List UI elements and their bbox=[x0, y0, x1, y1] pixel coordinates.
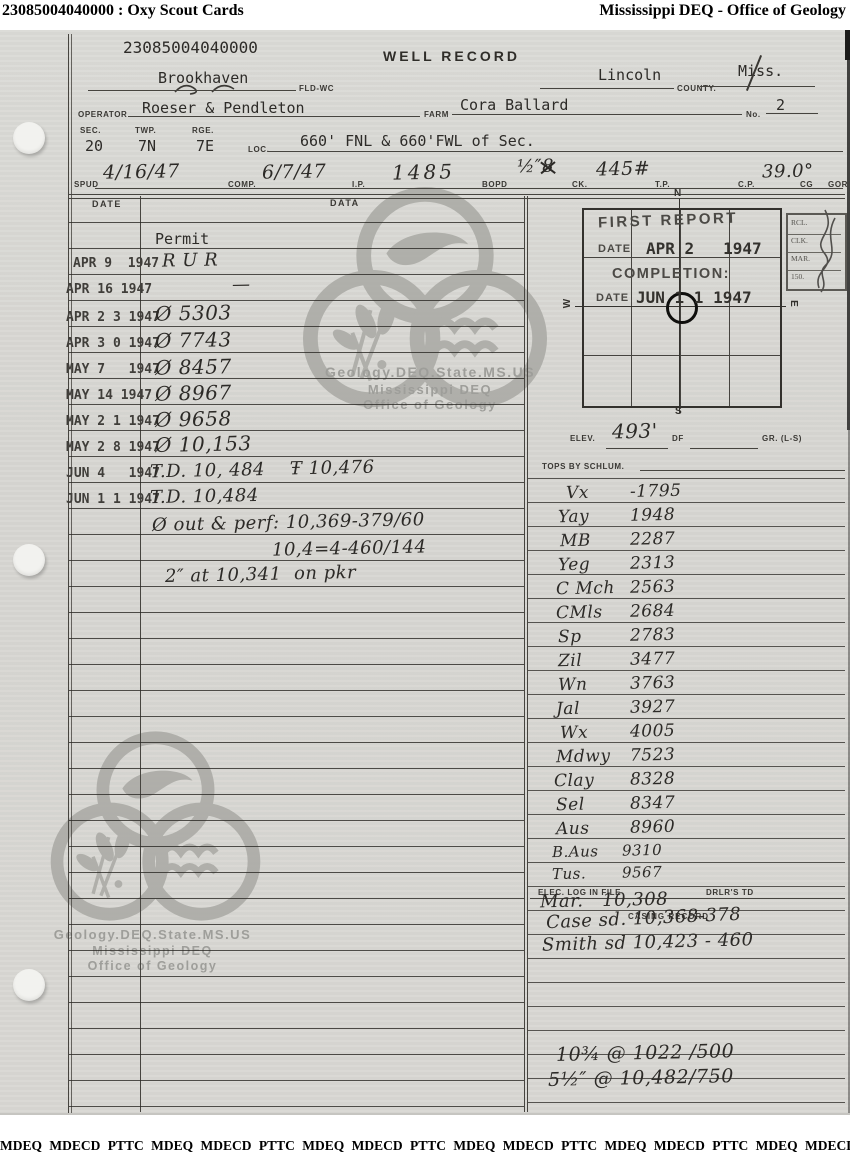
top-name: C Mch bbox=[556, 578, 630, 600]
top-depth: 2783 bbox=[630, 625, 676, 646]
top-row: Aus8960 bbox=[556, 817, 676, 839]
well-no-underline bbox=[766, 113, 818, 114]
rge-value: 7E bbox=[196, 137, 214, 155]
plat-south-label: S bbox=[675, 406, 682, 417]
loc-label: LOC. bbox=[248, 145, 270, 154]
top-row: Zil3477 bbox=[558, 649, 676, 671]
df-label: DF bbox=[672, 434, 684, 443]
twp-label: TWP. bbox=[135, 126, 156, 135]
top-name: Aus bbox=[556, 818, 630, 840]
well-api-number: 23085004040000 bbox=[123, 38, 258, 57]
ip-value: 1485 bbox=[392, 159, 455, 184]
row-data-entry: T.D. 10,484 bbox=[150, 485, 259, 508]
top-row: MB2287 bbox=[560, 529, 676, 551]
top-depth: 2684 bbox=[630, 601, 676, 622]
top-depth: 8960 bbox=[630, 817, 676, 838]
county-underline bbox=[540, 88, 674, 89]
sec-value: 20 bbox=[85, 137, 103, 155]
top-name: Zil bbox=[558, 650, 630, 672]
row-date-stamp: APR 2 3 1947 bbox=[66, 310, 160, 325]
top-name: MB bbox=[560, 530, 630, 551]
spud-underline bbox=[95, 188, 843, 189]
header-separator-1 bbox=[68, 194, 845, 195]
top-row: Jal3927 bbox=[556, 697, 676, 719]
elev-underline-1 bbox=[606, 448, 668, 449]
field-label: FLD-WC bbox=[299, 84, 334, 93]
county-value: Lincoln bbox=[598, 66, 661, 84]
top-depth: 8328 bbox=[630, 769, 676, 790]
top-name: Mdwy bbox=[556, 746, 630, 768]
header-separator-2 bbox=[68, 198, 845, 199]
first-report-date-stamp: APR 2 1947 bbox=[646, 239, 762, 258]
top-row: Yeg2313 bbox=[558, 553, 676, 575]
top-row: Wn3763 bbox=[558, 673, 676, 695]
top-depth: 2563 bbox=[630, 577, 676, 598]
first-report-date-label: DATE bbox=[598, 243, 631, 255]
top-name: Wn bbox=[558, 674, 630, 696]
row-date-stamp: APR 16 1947 bbox=[66, 282, 152, 297]
row-date-stamp: MAY 14 1947 bbox=[66, 388, 152, 403]
row-data-entry: Ø 9658 bbox=[155, 406, 232, 432]
plat-gridline bbox=[584, 355, 780, 356]
well-no-value: 2 bbox=[776, 96, 785, 114]
row-data-entry: — bbox=[232, 274, 251, 295]
plat-east-label: E bbox=[788, 300, 799, 307]
ck-value: 445# bbox=[596, 157, 651, 180]
top-name: Sp bbox=[558, 626, 630, 648]
row-date-stamp: MAY 7 1947 bbox=[66, 362, 160, 377]
top-row: CMls2684 bbox=[556, 601, 676, 623]
form-title: WELL RECORD bbox=[383, 48, 520, 64]
farm-label: FARM bbox=[424, 110, 449, 119]
date-column-header: DATE bbox=[92, 199, 122, 209]
row-date-stamp: JUN 1 1 1947 bbox=[66, 492, 160, 507]
rge-label: RGE. bbox=[192, 126, 214, 135]
top-row: Yay1948 bbox=[558, 505, 676, 527]
top-name: Jal bbox=[556, 698, 630, 720]
row-data-entry: 10,4=4-460/144 bbox=[272, 536, 427, 560]
plat-west-label: W bbox=[562, 299, 573, 308]
row-data-entry: Ø 8457 bbox=[155, 354, 232, 380]
top-row: C Mch2563 bbox=[556, 577, 676, 599]
row-date-stamp: APR 9 1947 bbox=[73, 256, 159, 271]
top-depth: -1795 bbox=[630, 481, 682, 502]
completion-date-stamp: JUN 1 1 1947 bbox=[636, 288, 752, 307]
row-data-entry: Ø 7743 bbox=[155, 327, 232, 353]
row-date-stamp: MAY 2 8 1947 bbox=[66, 440, 160, 455]
print-header-left: 23085004040000 : Oxy Scout Cards bbox=[2, 2, 244, 20]
completion-stamp: COMPLETION: bbox=[612, 266, 730, 282]
top-row: Wx4005 bbox=[560, 721, 676, 743]
permit-entry: Permit bbox=[155, 230, 209, 248]
plat-north-label: N bbox=[674, 188, 681, 199]
tops-header-underline bbox=[640, 470, 845, 471]
top-name: Clay bbox=[554, 770, 630, 792]
pen-scribble-filing-stamp bbox=[795, 208, 850, 296]
top-depth: 9567 bbox=[622, 863, 663, 882]
gr-label: GR. (L-S) bbox=[762, 434, 802, 443]
top-row: B.Aus9310 bbox=[552, 841, 663, 861]
data-column-header: DATA bbox=[330, 198, 360, 208]
comp-value: 6/7/47 bbox=[262, 160, 327, 183]
well-no-label: No. bbox=[746, 110, 761, 119]
state-underline bbox=[700, 86, 815, 87]
top-name: Tus. bbox=[552, 864, 622, 883]
row-data-entry: Ø 8967 bbox=[155, 380, 232, 406]
top-depth: 3927 bbox=[630, 697, 676, 718]
pen-squiggle-field bbox=[170, 80, 240, 96]
loc-value: 660' FNL & 660'FWL of Sec. bbox=[300, 132, 535, 150]
row-data-entry: Ø 5303 bbox=[155, 300, 232, 326]
top-row: Clay8328 bbox=[554, 769, 676, 792]
row-date-stamp: MAY 2 1 1947 bbox=[66, 414, 160, 429]
top-depth: 2287 bbox=[630, 529, 676, 550]
row-date-stamp: APR 3 0 1947 bbox=[66, 336, 160, 351]
ruled-lines-left bbox=[69, 222, 524, 1113]
top-row: Tus.9567 bbox=[552, 863, 663, 883]
bopd-value: ½″8 bbox=[517, 156, 555, 178]
completion-date-label: DATE bbox=[596, 292, 629, 304]
row-data-entry: R U R bbox=[162, 249, 219, 271]
field-underline bbox=[88, 90, 296, 91]
top-row: Sp2783 bbox=[558, 625, 676, 647]
top-depth: 1948 bbox=[630, 505, 676, 526]
state-value: Miss. bbox=[738, 62, 783, 80]
spud-value: 4/16/47 bbox=[103, 160, 180, 184]
top-depth: 8347 bbox=[630, 793, 676, 814]
operator-label: OPERATOR bbox=[78, 110, 127, 119]
top-name: B.Aus bbox=[552, 842, 622, 861]
print-header: 23085004040000 : Oxy Scout Cards Mississ… bbox=[2, 2, 846, 20]
tops-header: TOPS BY SCHLUM. bbox=[542, 462, 625, 471]
punch-hole-bottom bbox=[13, 969, 45, 1001]
bopd-struck-value: 8 bbox=[542, 156, 554, 177]
top-row: Sel8347 bbox=[556, 793, 676, 815]
top-depth: 7523 bbox=[630, 745, 676, 766]
operator-underline bbox=[128, 116, 420, 117]
plat-gridline bbox=[631, 210, 632, 406]
row-data-entry: 2″ at 10,341 on pkr bbox=[165, 562, 357, 587]
operator-value: Roeser & Pendleton bbox=[142, 99, 305, 117]
loc-underline bbox=[268, 151, 843, 152]
top-depth: 3477 bbox=[630, 649, 676, 670]
top-depth: 4005 bbox=[630, 721, 676, 742]
print-header-right: Mississippi DEQ - Office of Geology bbox=[599, 2, 846, 20]
farm-underline bbox=[452, 114, 742, 115]
elev-value: 493' bbox=[612, 419, 658, 444]
top-name: Yeg bbox=[558, 554, 630, 576]
row-date-stamp: JUN 4 1947 bbox=[66, 466, 160, 481]
casing-string-1: 10¾ @ 1022 /500 bbox=[556, 1040, 735, 1066]
elev-label: ELEV. bbox=[570, 434, 595, 443]
top-name: CMls bbox=[556, 602, 630, 624]
top-name: Sel bbox=[556, 794, 630, 816]
top-depth: 9310 bbox=[622, 841, 663, 860]
farm-value: Cora Ballard bbox=[460, 96, 568, 114]
drlr-td-label: DRLR'S TD bbox=[706, 888, 754, 897]
twp-value: 7N bbox=[138, 137, 156, 155]
elev-underline-2 bbox=[690, 448, 758, 449]
print-footer: MDEQ MDECD PTTC MDEQ MDECD PTTC MDEQ MDE… bbox=[0, 1138, 850, 1154]
punch-hole-top bbox=[13, 122, 45, 154]
top-name: Yay bbox=[558, 506, 630, 528]
top-row: Mdwy7523 bbox=[556, 745, 676, 767]
scanned-well-record-page: 23085004040000 : Oxy Scout Cards Mississ… bbox=[0, 0, 850, 1160]
top-depth: 2313 bbox=[630, 553, 676, 574]
row-data-entry: Ø 10,153 bbox=[155, 431, 252, 457]
top-name: Vx bbox=[566, 482, 630, 503]
column-divider-outer bbox=[524, 196, 525, 1112]
top-name: Wx bbox=[560, 722, 630, 743]
punch-hole-middle bbox=[13, 544, 45, 576]
top-depth: 3763 bbox=[630, 673, 676, 694]
top-row: Vx-1795 bbox=[566, 481, 682, 503]
bopd-fraction: ½″ bbox=[517, 156, 543, 178]
sec-label: SEC. bbox=[80, 126, 101, 135]
casing-string-2: 5½″ @ 10,482/750 bbox=[548, 1065, 734, 1091]
